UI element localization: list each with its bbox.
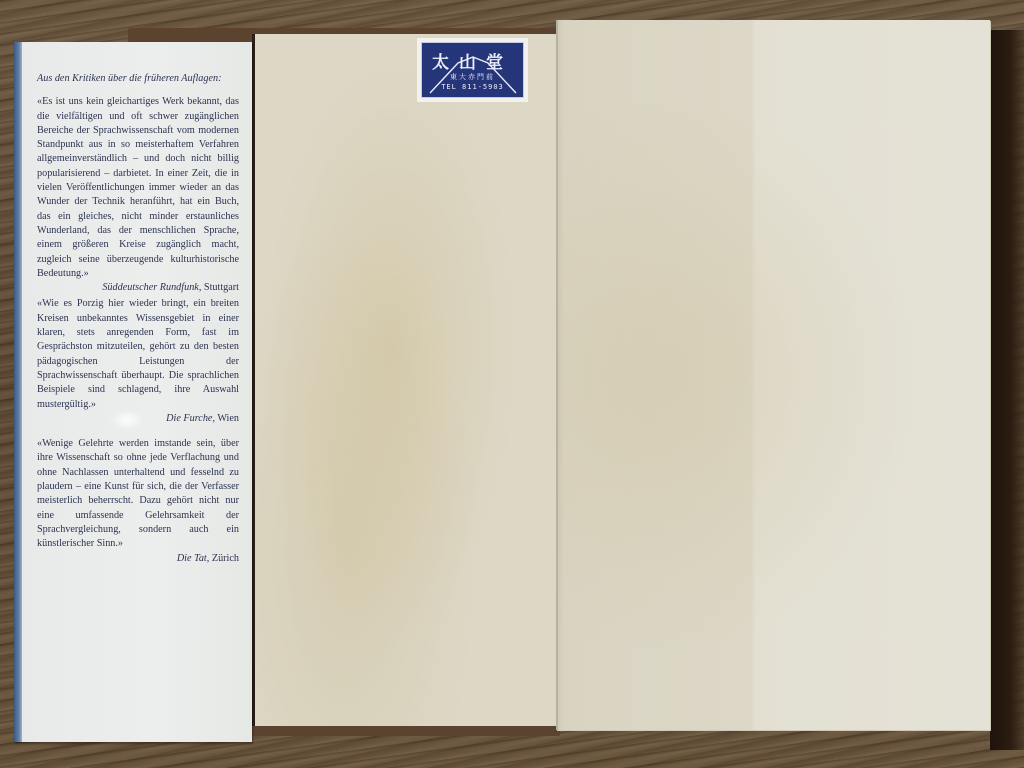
review-source: Süddeutscher Rundfunk, Stuttgart <box>37 281 239 295</box>
flap-heading: Aus den Kritiken über die früheren Aufla… <box>37 72 239 86</box>
review-publication: Die Tat <box>177 553 207 564</box>
inner-cover-endpaper <box>252 34 559 726</box>
bookseller-label-panel: 太山堂 東大赤門前 TEL 811-5903 <box>421 42 524 98</box>
review-city: , Wien <box>212 413 239 424</box>
table-shadow <box>990 30 1024 750</box>
flap-text-block: Aus den Kritiken über die früheren Aufla… <box>37 72 239 568</box>
glare-spot <box>110 410 144 430</box>
right-page <box>556 20 990 730</box>
review-publication: Die Furche <box>166 413 212 424</box>
bookseller-address: 東大赤門前 <box>422 72 523 82</box>
review-source: Die Tat, Zürich <box>37 552 239 566</box>
bookseller-name: 太山堂 <box>422 48 523 73</box>
bookseller-label: 太山堂 東大赤門前 TEL 811-5903 <box>417 38 528 102</box>
review-quote: «Wenige Gelehrte werden imstande sein, ü… <box>37 437 239 551</box>
dust-jacket-flap: Aus den Kritiken über die früheren Aufla… <box>14 42 252 742</box>
book-gutter <box>556 20 558 730</box>
review-publication: Süddeutscher Rundfunk <box>102 282 198 293</box>
review-city: , Stuttgart <box>199 282 239 293</box>
flap-blue-edge <box>14 42 22 742</box>
review-city: , Zürich <box>207 553 239 564</box>
review-quote: «Wie es Porzig hier wieder bringt, ein b… <box>37 297 239 411</box>
review-quote: «Es ist uns kein gleichartiges Werk beka… <box>37 95 239 281</box>
bookseller-phone: TEL 811-5903 <box>422 83 523 91</box>
